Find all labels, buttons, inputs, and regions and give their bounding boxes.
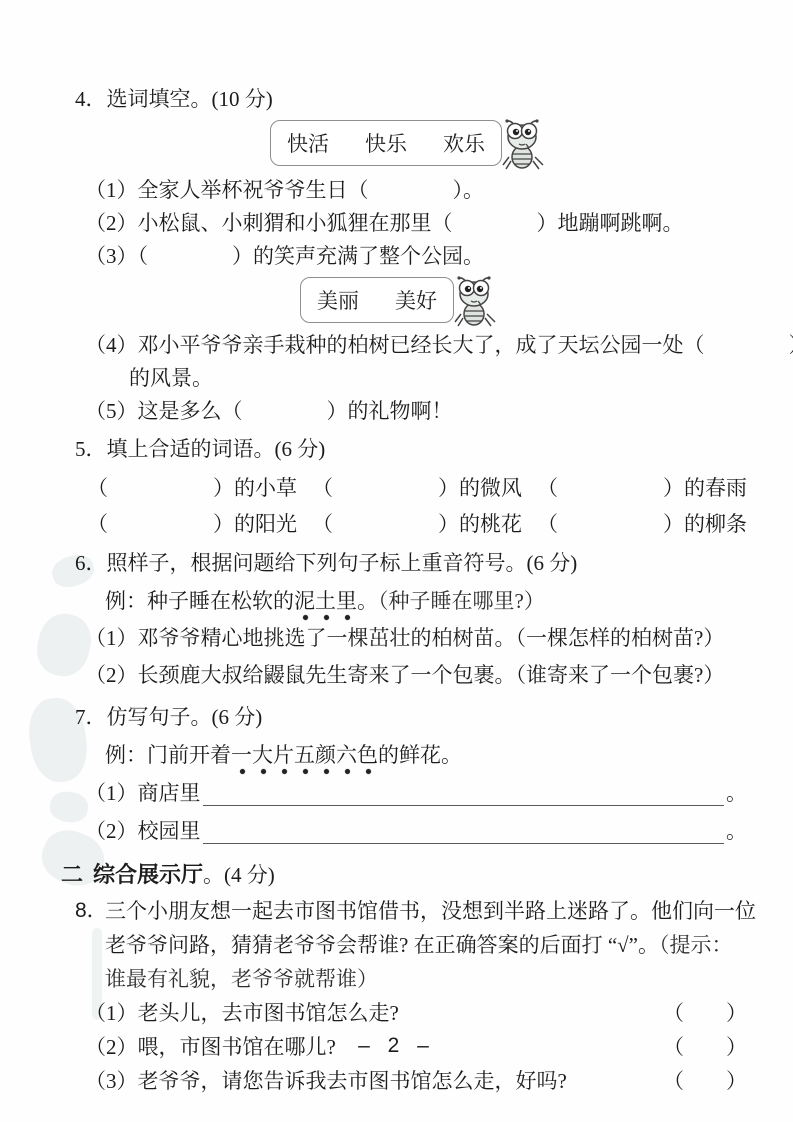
word-option: 快乐 [365,128,407,158]
q7-item-suffix: 。 [726,774,747,812]
worksheet-page: 4．选词填空。(10 分) 快活 快乐 欢乐 [0,0,793,1122]
q7-item-suffix: 。 [726,812,747,850]
q6-item-1: （1）邓爷爷精心地挑选了一棵茁壮的柏树苗。（一棵怎样的柏树苗?） [85,620,747,657]
q7-item-label: （2） [85,812,138,850]
q8-item-1: （1）老头儿，去市图书馆怎么走? （ ） [85,996,747,1030]
q5-blank-phrase: （ ）的桃花 [312,506,522,542]
q5-blank-phrase: （ ）的春雨 [537,470,747,506]
answer-blank-line [203,817,725,844]
q4-item-2: （2）小松鼠、小刺猬和小狐狸在那里（ ）地蹦啊跳啊。 [85,207,747,240]
bug-mascot-icon [453,274,499,334]
q7-example-post: 的鲜花。 [378,743,462,767]
q7-example-emphasized: 一大片五颜六色 [231,743,378,775]
q4-item-1: （1）全家人举杯祝爷爷生日（ ）。 [85,174,747,207]
q6-example: 例：种子睡在松软的泥土里。（种子睡在哪里?） [105,582,747,620]
q6-item-2: （2）长颈鹿大叔给鼹鼠先生寄来了一个包裹。（谁寄来了一个包裹?） [85,657,747,694]
word-option: 快活 [287,128,329,158]
q7-item-2: （2） 校园里 。 [85,812,747,850]
q4-items-cont: （4）邓小平爷爷亲手栽种的柏树已经长大了，成了天坛公园一处（ ） 的风景。 （5… [85,329,747,428]
q4-items: （1）全家人举杯祝爷爷生日（ ）。 （2）小松鼠、小刺猬和小狐狸在那里（ ）地蹦… [85,174,747,273]
bug-mascot-icon [501,117,547,177]
q5-title: 5．填上合适的词语。(6 分) [75,436,747,462]
q8-item-text: （3）老爷爷，请您告诉我去市图书馆怎么走，好吗? [85,1064,567,1098]
q7-item-1: （1） 商店里 。 [85,774,747,812]
q7-example-pre: 例：门前开着 [105,743,231,767]
q8-hint-start: （提示： [659,933,733,957]
q8-number: 8． [75,894,108,927]
q5-row-1: （ ）的小草 （ ）的微风 （ ）的春雨 [87,470,747,506]
q5-blank-phrase: （ ）的柳条 [537,506,747,542]
q5-row-2: （ ）的阳光 （ ）的桃花 （ ）的柳条 [87,506,747,542]
q8-text-line-2: 老爷爷问路，猜猜老爷爷会帮谁? 在正确答案的后面打 “√”。（提示： [105,928,747,962]
answer-parentheses: （ ） [663,1064,747,1098]
q4-wordbank-1: 快活 快乐 欢乐 [270,120,747,166]
word-bank-box: 快活 快乐 欢乐 [270,120,502,166]
q7-item-prefix: 校园里 [138,812,201,850]
q7-title: 7．仿写句子。(6 分) [75,704,747,730]
q7-item-prefix: 商店里 [138,774,201,812]
answer-blank-line [203,779,725,806]
q4-item-3: （3）（ ）的笑声充满了整个公园。 [85,240,747,273]
q4-item-4: （4）邓小平爷爷亲手栽种的柏树已经长大了，成了天坛公园一处（ ） [85,329,747,362]
q7-example: 例：门前开着一大片五颜六色的鲜花。 [105,736,747,774]
q8-block: 8． 三个小朋友想一起去市图书馆借书，没想到半路上迷路了。他们向一位 老爷爷问路… [75,894,747,996]
section2-numeral: 二 [61,862,83,887]
q5-blank-phrase: （ ）的阳光 [87,506,297,542]
q8-text-line-1: 三个小朋友想一起去市图书馆借书，没想到半路上迷路了。他们向一位 [105,894,747,928]
answer-parentheses: （ ） [663,996,747,1030]
q4-item-4-wrap: 的风景。 [85,362,747,395]
section2-points: 。(4 分) [203,863,275,887]
q4-wordbank-2: 美丽 美好 [300,277,747,323]
q4-item-5: （5）这是多么（ ）的礼物啊！ [85,395,747,428]
q6-items: （1）邓爷爷精心地挑选了一棵茁壮的柏树苗。（一棵怎样的柏树苗?） （2）长颈鹿大… [85,620,747,694]
word-option: 美好 [395,285,437,315]
q5-blank-phrase: （ ）的小草 [87,470,297,506]
page-number: – 2 – [0,1034,793,1058]
q4-title: 4．选词填空。(10 分) [75,86,747,112]
q8-text-line-3: 谁最有礼貌，老爷爷就帮谁） [105,962,747,996]
section2-title: 综合展示厅 [93,862,203,887]
q6-example-pre: 例：种子睡在松软的 [105,589,294,613]
q7-item-label: （1） [85,774,138,812]
q8-item-3: （3）老爷爷，请您告诉我去市图书馆怎么走，好吗? （ ） [85,1064,747,1098]
word-bank-box: 美丽 美好 [300,277,454,323]
q6-title: 6．照样子，根据问题给下列句子标上重音符号。(6 分) [75,550,747,576]
q6-example-post: 。（种子睡在哪里?） [357,589,545,613]
word-option: 欢乐 [443,128,485,158]
q8-line2-main: 老爷爷问路，猜猜老爷爷会帮谁? 在正确答案的后面打 “√”。 [105,933,659,957]
q5-blank-phrase: （ ）的微风 [312,470,522,506]
section2-heading: 二综合展示厅。(4 分) [61,860,747,890]
q8-item-text: （1）老头儿，去市图书馆怎么走? [85,996,399,1030]
word-option: 美丽 [317,285,359,315]
q6-example-emphasized: 泥土里 [294,589,357,621]
